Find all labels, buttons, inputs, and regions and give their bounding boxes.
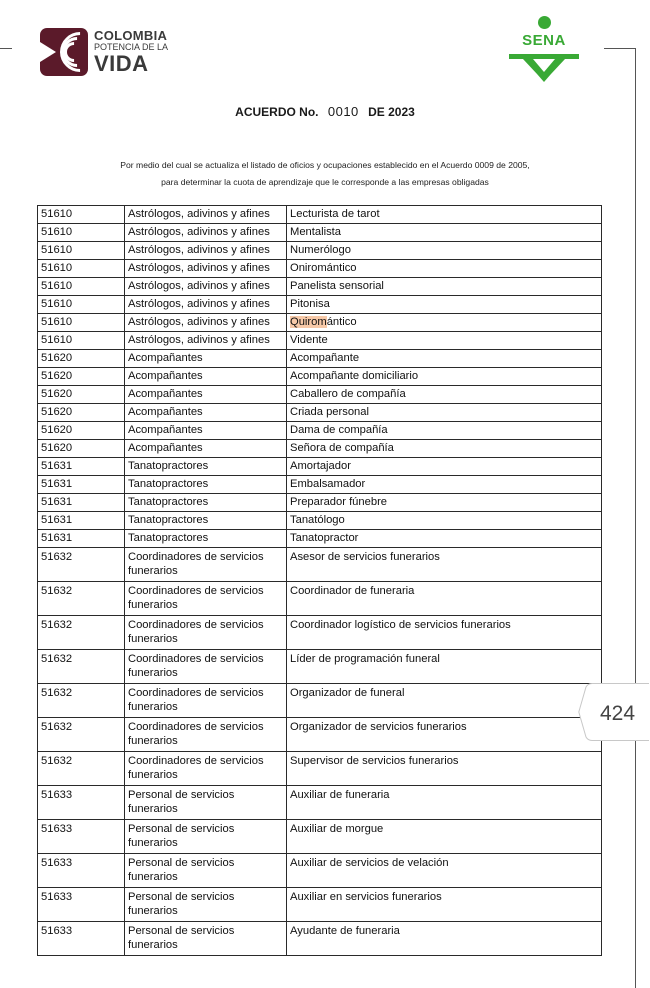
document-title: ACUERDO No. 0010 DE 2023 bbox=[0, 104, 650, 119]
occupation-cell: Auxiliar de funeraria bbox=[287, 786, 602, 820]
table-row: 51632Coordinadores de servicios funerari… bbox=[38, 684, 602, 718]
group-cell: Coordinadores de servicios funerarios bbox=[125, 684, 287, 718]
group-cell: Coordinadores de servicios funerarios bbox=[125, 548, 287, 582]
table-row: 51633Personal de servicios funerariosAyu… bbox=[38, 922, 602, 956]
table-row: 51632Coordinadores de servicios funerari… bbox=[38, 616, 602, 650]
occupation-cell: Panelista sensorial bbox=[287, 278, 602, 296]
group-cell: Acompañantes bbox=[125, 440, 287, 458]
table-row: 51632Coordinadores de servicios funerari… bbox=[38, 718, 602, 752]
table-row: 51610Astrólogos, adivinos y afinesOnirom… bbox=[38, 260, 602, 278]
occupation-cell: Pitonisa bbox=[287, 296, 602, 314]
occupation-cell: Ayudante de funeraria bbox=[287, 922, 602, 956]
group-cell: Acompañantes bbox=[125, 386, 287, 404]
group-cell: Astrólogos, adivinos y afines bbox=[125, 242, 287, 260]
table-row: 51632Coordinadores de servicios funerari… bbox=[38, 582, 602, 616]
code-cell: 51632 bbox=[38, 684, 125, 718]
table-row: 51610Astrólogos, adivinos y afinesLectur… bbox=[38, 206, 602, 224]
group-cell: Astrólogos, adivinos y afines bbox=[125, 206, 287, 224]
table-row: 51633Personal de servicios funerariosAux… bbox=[38, 854, 602, 888]
occupation-cell: Tanatopractor bbox=[287, 530, 602, 548]
code-cell: 51633 bbox=[38, 922, 125, 956]
group-cell: Coordinadores de servicios funerarios bbox=[125, 582, 287, 616]
page-number-indicator[interactable]: 424 bbox=[578, 683, 650, 741]
occupation-cell: Organizador de funeral bbox=[287, 684, 602, 718]
group-cell: Personal de servicios funerarios bbox=[125, 820, 287, 854]
frame-line bbox=[635, 48, 636, 988]
code-cell: 51633 bbox=[38, 888, 125, 922]
occupation-cell: Supervisor de servicios funerarios bbox=[287, 752, 602, 786]
table-row: 51610Astrólogos, adivinos y afinesVident… bbox=[38, 332, 602, 350]
code-cell: 51620 bbox=[38, 404, 125, 422]
code-cell: 51631 bbox=[38, 494, 125, 512]
code-cell: 51610 bbox=[38, 296, 125, 314]
occupation-cell: Auxiliar en servicios funerarios bbox=[287, 888, 602, 922]
group-cell: Coordinadores de servicios funerarios bbox=[125, 616, 287, 650]
occupation-cell: Coordinador logístico de servicios funer… bbox=[287, 616, 602, 650]
code-cell: 51620 bbox=[38, 440, 125, 458]
occupation-cell: Mentalista bbox=[287, 224, 602, 242]
occupations-table: 51610Astrólogos, adivinos y afinesLectur… bbox=[37, 205, 602, 956]
group-cell: Astrólogos, adivinos y afines bbox=[125, 224, 287, 242]
code-cell: 51610 bbox=[38, 260, 125, 278]
group-cell: Tanatopractores bbox=[125, 458, 287, 476]
occupation-cell: Embalsamador bbox=[287, 476, 602, 494]
occupation-cell: Acompañante bbox=[287, 350, 602, 368]
colombia-emblem-icon bbox=[40, 28, 88, 76]
table-row: 51610Astrólogos, adivinos y afinesMental… bbox=[38, 224, 602, 242]
table-row: 51620AcompañantesAcompañante bbox=[38, 350, 602, 368]
occupation-cell: Coordinador de funeraria bbox=[287, 582, 602, 616]
group-cell: Coordinadores de servicios funerarios bbox=[125, 650, 287, 684]
occupation-cell: Auxiliar de servicios de velación bbox=[287, 854, 602, 888]
table-row: 51632Coordinadores de servicios funerari… bbox=[38, 650, 602, 684]
group-cell: Personal de servicios funerarios bbox=[125, 922, 287, 956]
group-cell: Tanatopractores bbox=[125, 530, 287, 548]
code-cell: 51620 bbox=[38, 350, 125, 368]
group-cell: Tanatopractores bbox=[125, 476, 287, 494]
colombia-logo: COLOMBIA POTENCIA DE LA VIDA bbox=[40, 28, 168, 76]
code-cell: 51632 bbox=[38, 752, 125, 786]
code-cell: 51632 bbox=[38, 616, 125, 650]
sena-logo: SENA bbox=[505, 16, 583, 86]
occupation-cell: Señora de compañía bbox=[287, 440, 602, 458]
code-cell: 51610 bbox=[38, 332, 125, 350]
logo-line-3: VIDA bbox=[94, 53, 168, 75]
highlighted-text: Quirom bbox=[290, 316, 327, 328]
table-row: 51633Personal de servicios funerariosAux… bbox=[38, 888, 602, 922]
group-cell: Acompañantes bbox=[125, 350, 287, 368]
occupation-cell: Lecturista de tarot bbox=[287, 206, 602, 224]
group-cell: Astrólogos, adivinos y afines bbox=[125, 278, 287, 296]
table-row: 51633Personal de servicios funerariosAux… bbox=[38, 820, 602, 854]
group-cell: Astrólogos, adivinos y afines bbox=[125, 296, 287, 314]
occupation-cell: Líder de programación funeral bbox=[287, 650, 602, 684]
code-cell: 51610 bbox=[38, 206, 125, 224]
table-row: 51610Astrólogos, adivinos y afinesPaneli… bbox=[38, 278, 602, 296]
group-cell: Astrólogos, adivinos y afines bbox=[125, 332, 287, 350]
group-cell: Personal de servicios funerarios bbox=[125, 786, 287, 820]
occupation-cell: Amortajador bbox=[287, 458, 602, 476]
group-cell: Personal de servicios funerarios bbox=[125, 854, 287, 888]
table-row: 51610Astrólogos, adivinos y afinesNumeró… bbox=[38, 242, 602, 260]
logo-line-1: COLOMBIA bbox=[94, 29, 168, 42]
code-cell: 51610 bbox=[38, 224, 125, 242]
page-number: 424 bbox=[600, 702, 635, 726]
code-cell: 51610 bbox=[38, 242, 125, 260]
table-row: 51620AcompañantesSeñora de compañía bbox=[38, 440, 602, 458]
occupation-cell: Criada personal bbox=[287, 404, 602, 422]
frame-line bbox=[604, 48, 636, 49]
code-cell: 51633 bbox=[38, 786, 125, 820]
occupation-cell: Caballero de compañía bbox=[287, 386, 602, 404]
group-cell: Acompañantes bbox=[125, 368, 287, 386]
code-cell: 51632 bbox=[38, 582, 125, 616]
group-cell: Tanatopractores bbox=[125, 512, 287, 530]
agreement-number: 0010 bbox=[328, 104, 359, 119]
group-cell: Personal de servicios funerarios bbox=[125, 888, 287, 922]
table-row: 51620AcompañantesCaballero de compañía bbox=[38, 386, 602, 404]
document-subtitle: Por medio del cual se actualiza el lista… bbox=[40, 157, 610, 191]
code-cell: 51610 bbox=[38, 278, 125, 296]
code-cell: 51631 bbox=[38, 458, 125, 476]
table-row: 51632Coordinadores de servicios funerari… bbox=[38, 752, 602, 786]
table-row: 51631TanatopractoresTanatopractor bbox=[38, 530, 602, 548]
occupation-cell: Asesor de servicios funerarios bbox=[287, 548, 602, 582]
table-row: 51610Astrólogos, adivinos y afinesQuirom… bbox=[38, 314, 602, 332]
table-row: 51620AcompañantesDama de compañía bbox=[38, 422, 602, 440]
group-cell: Astrólogos, adivinos y afines bbox=[125, 260, 287, 278]
occupation-cell: Numerólogo bbox=[287, 242, 602, 260]
group-cell: Tanatopractores bbox=[125, 494, 287, 512]
group-cell: Coordinadores de servicios funerarios bbox=[125, 752, 287, 786]
occupation-cell: Preparador fúnebre bbox=[287, 494, 602, 512]
table-row: 51631TanatopractoresTanatólogo bbox=[38, 512, 602, 530]
occupation-cell: Tanatólogo bbox=[287, 512, 602, 530]
group-cell: Acompañantes bbox=[125, 404, 287, 422]
code-cell: 51633 bbox=[38, 820, 125, 854]
code-cell: 51631 bbox=[38, 530, 125, 548]
occupation-cell: Vidente bbox=[287, 332, 602, 350]
code-cell: 51610 bbox=[38, 314, 125, 332]
code-cell: 51633 bbox=[38, 854, 125, 888]
table-row: 51631TanatopractoresEmbalsamador bbox=[38, 476, 602, 494]
occupation-cell: Acompañante domiciliario bbox=[287, 368, 602, 386]
table-row: 51631TanatopractoresPreparador fúnebre bbox=[38, 494, 602, 512]
table-row: 51632Coordinadores de servicios funerari… bbox=[38, 548, 602, 582]
occupation-cell: Oniromántico bbox=[287, 260, 602, 278]
code-cell: 51632 bbox=[38, 548, 125, 582]
code-cell: 51620 bbox=[38, 368, 125, 386]
table-row: 51633Personal de servicios funerariosAux… bbox=[38, 786, 602, 820]
occupation-cell: Auxiliar de morgue bbox=[287, 820, 602, 854]
code-cell: 51620 bbox=[38, 422, 125, 440]
table-row: 51631TanatopractoresAmortajador bbox=[38, 458, 602, 476]
occupation-cell: Quiromántico bbox=[287, 314, 602, 332]
code-cell: 51631 bbox=[38, 476, 125, 494]
group-cell: Astrólogos, adivinos y afines bbox=[125, 314, 287, 332]
frame-line bbox=[0, 48, 12, 49]
table-row: 51620AcompañantesAcompañante domiciliari… bbox=[38, 368, 602, 386]
table-row: 51620AcompañantesCriada personal bbox=[38, 404, 602, 422]
code-cell: 51620 bbox=[38, 386, 125, 404]
group-cell: Coordinadores de servicios funerarios bbox=[125, 718, 287, 752]
occupation-cell: Dama de compañía bbox=[287, 422, 602, 440]
code-cell: 51631 bbox=[38, 512, 125, 530]
code-cell: 51632 bbox=[38, 718, 125, 752]
table-row: 51610Astrólogos, adivinos y afinesPitoni… bbox=[38, 296, 602, 314]
sena-figure-icon bbox=[505, 16, 583, 86]
code-cell: 51632 bbox=[38, 650, 125, 684]
group-cell: Acompañantes bbox=[125, 422, 287, 440]
occupation-cell: Organizador de servicios funerarios bbox=[287, 718, 602, 752]
